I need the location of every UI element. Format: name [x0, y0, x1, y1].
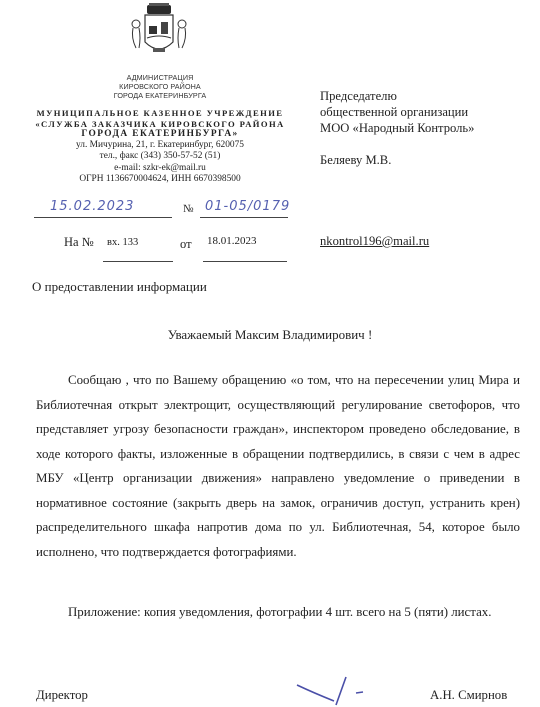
recipient-line: МОО «Народный Контроль»	[320, 120, 474, 136]
subject-line: О предоставлении информации	[32, 279, 207, 295]
attachment-text: Приложение: копия уведомления, фотографи…	[36, 604, 520, 621]
recipient-line: общественной организации	[320, 104, 474, 120]
from-underline	[203, 261, 287, 262]
letter-body: Сообщаю , что по Вашему обращению «о том…	[36, 368, 520, 564]
date-underline	[34, 217, 172, 218]
outgoing-number: 01-05/0179	[205, 199, 290, 214]
recipient-line: Председателю	[320, 88, 474, 104]
salutation: Уважаемый Максим Владимирович !	[0, 327, 540, 343]
coat-of-arms-icon	[127, 2, 191, 60]
recipient-block: Председателю общественной организации МО…	[320, 88, 474, 168]
signer-name: А.Н. Смирнов	[430, 688, 507, 703]
address: ул. Мичурина, 21, г. Екатеринбург, 62007…	[20, 140, 300, 151]
number-underline	[200, 217, 288, 218]
phone: тел., факс (343) 350-57-52 (51)	[20, 151, 300, 162]
from-value: 18.01.2023	[207, 235, 257, 247]
admin-line: ГОРОДА ЕКАТЕРИНБУРГА	[20, 91, 300, 100]
from-label: от	[180, 237, 192, 252]
recipient-email-link[interactable]: nkontrol196@mail.ru	[320, 234, 429, 248]
org-line: МУНИЦИПАЛЬНОЕ КАЗЕННОЕ УЧРЕЖДЕНИЕ	[20, 108, 300, 119]
handwritten-signature-icon	[290, 675, 400, 707]
outgoing-date: 15.02.2023	[50, 199, 134, 214]
body-paragraph: Сообщаю , что по Вашему обращению «о том…	[36, 368, 520, 564]
administration-header: АДМИНИСТРАЦИЯ КИРОВСКОГО РАЙОНА ГОРОДА Е…	[20, 73, 300, 100]
org-email: e-mail: szkr-ek@mail.ru	[20, 163, 300, 174]
admin-line: КИРОВСКОГО РАЙОНА	[20, 82, 300, 91]
organization-name: МУНИЦИПАЛЬНОЕ КАЗЕННОЕ УЧРЕЖДЕНИЕ «СЛУЖБ…	[20, 108, 300, 140]
number-label: №	[183, 203, 194, 215]
reply-to-label: На №	[64, 235, 94, 250]
admin-line: АДМИНИСТРАЦИЯ	[20, 73, 300, 82]
org-line: «СЛУЖБА ЗАКАЗЧИКА КИРОВСКОГО РАЙОНА	[20, 119, 300, 130]
recipient-name: Беляеву М.В.	[320, 152, 474, 168]
org-line: ГОРОДА ЕКАТЕРИНБУРГА»	[20, 129, 300, 140]
reply-underline	[103, 261, 173, 262]
signer-position: Директор	[36, 688, 88, 703]
attachment-note: Приложение: копия уведомления, фотографи…	[36, 604, 520, 621]
organization-contacts: ул. Мичурина, 21, г. Екатеринбург, 62007…	[20, 140, 300, 185]
reply-to-value: вх. 133	[107, 237, 138, 248]
registration-ids: ОГРН 1136670004624, ИНН 6670398500	[20, 174, 300, 185]
